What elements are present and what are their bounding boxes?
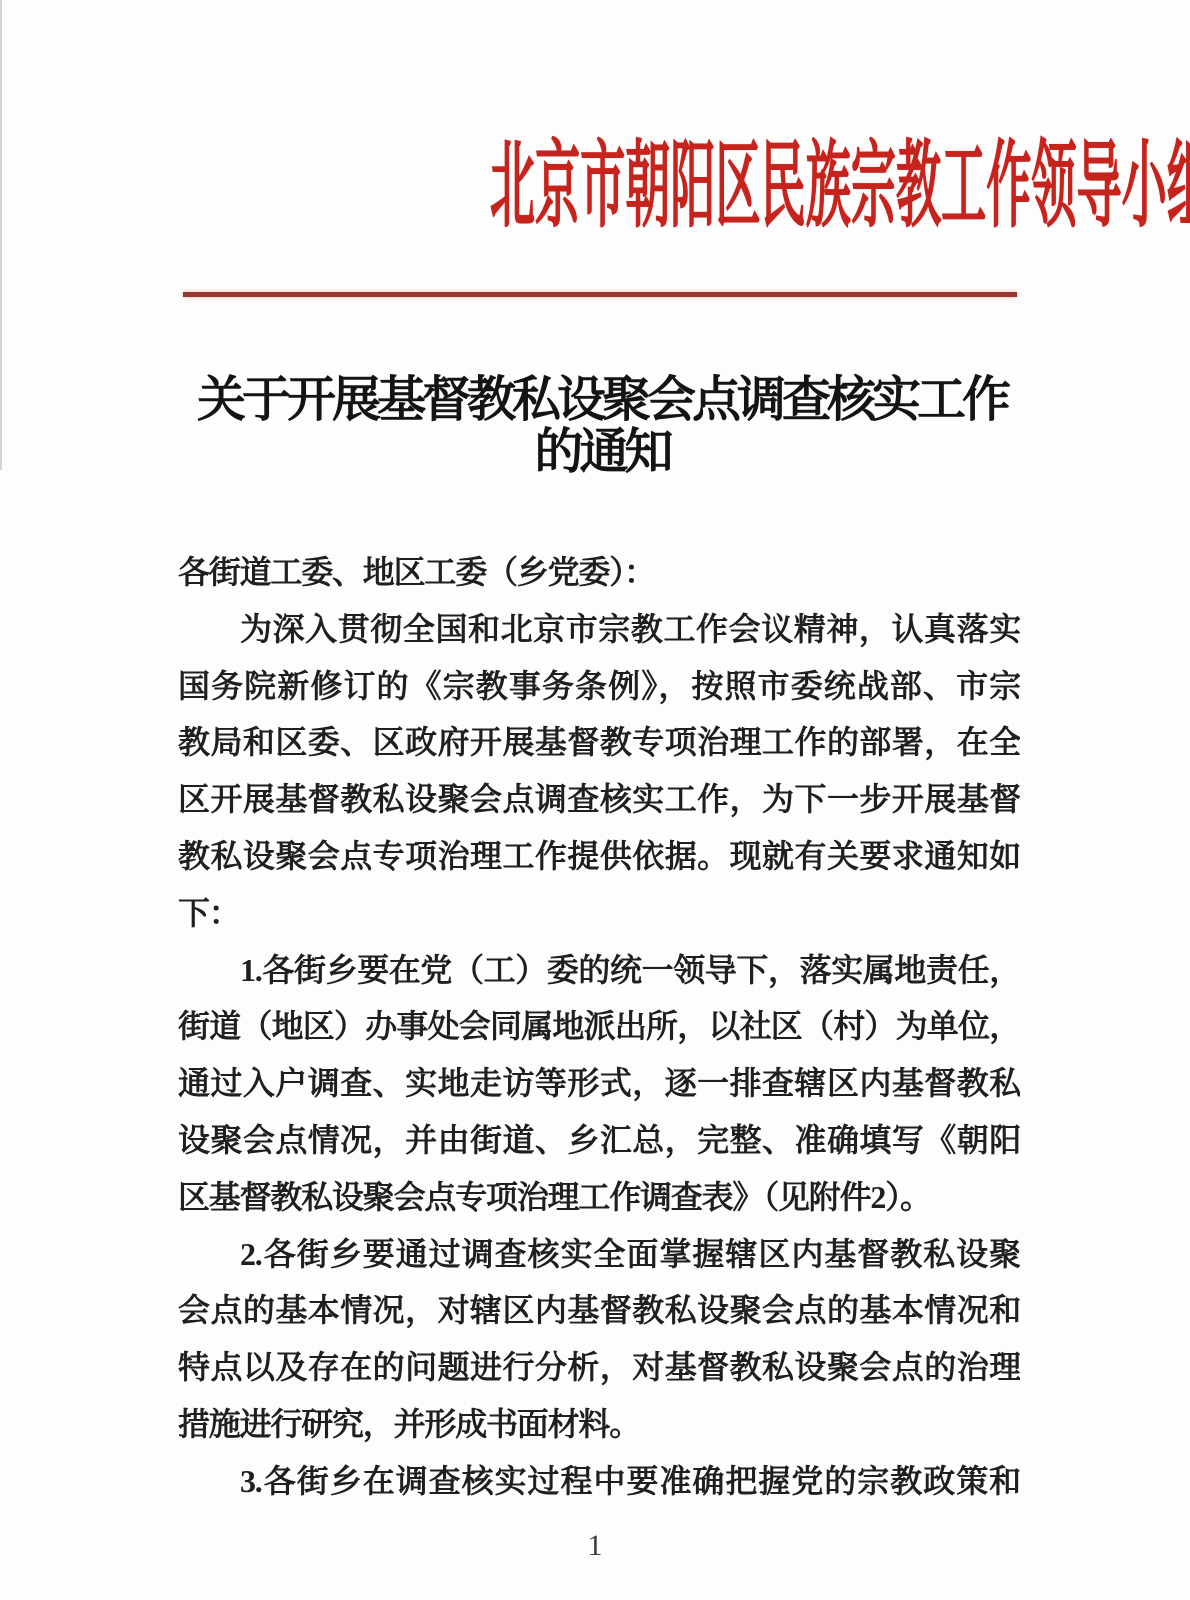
body-lines: 为深入贯彻全国和北京市宗教工作会议精神，认真落实国务院新修订的《宗教事务条例》，…	[178, 601, 1020, 1510]
document-title: 关于开展基督教私设聚会点调查核实工作 的通知	[0, 374, 1190, 478]
body-text: 各街道工委、地区工委（乡党委）： 为深入贯彻全国和北京市宗教工作会议精神，认真落…	[178, 544, 1020, 1510]
scanned-document-page: 北京市朝阳区民族宗教工作领导小组办公室 关于开展基督教私设聚会点调查核实工作 的…	[0, 0, 1190, 1600]
body-text-line: 会点的基本情况，对辖区内基督教私设聚会点的基本情况和	[178, 1282, 1020, 1339]
body-text-line: 国务院新修订的《宗教事务条例》，按照市委统战部、市宗	[178, 658, 1020, 715]
body-text-line: 2.各街乡要通过调查核实全面掌握辖区内基督教私设聚	[178, 1226, 1020, 1283]
body-text-line: 3.各街乡在调查核实过程中要准确把握党的宗教政策和	[178, 1453, 1020, 1510]
body-text-line: 街道（地区）办事处会同属地派出所，以社区（村）为单位，	[178, 998, 1020, 1055]
body-text-line: 教局和区委、区政府开展基督教专项治理工作的部署，在全	[178, 714, 1020, 771]
red-divider-line	[183, 292, 1017, 297]
document-title-line1: 关于开展基督教私设聚会点调查核实工作	[14, 374, 1190, 426]
salutation: 各街道工委、地区工委（乡党委）：	[178, 544, 1020, 601]
letterhead: 北京市朝阳区民族宗教工作领导小组办公室	[0, 130, 1190, 270]
body-text-line: 教私设聚会点专项治理工作提供依据。现就有关要求通知如	[178, 828, 1020, 885]
body-text-line: 区基督教私设聚会点专项治理工作调查表》（见附件2）。	[178, 1169, 1020, 1226]
body-text-line: 区开展基督教私设聚会点调查核实工作，为下一步开展基督	[178, 771, 1020, 828]
body-text-line: 设聚会点情况，并由街道、乡汇总，完整、准确填写《朝阳	[178, 1112, 1020, 1169]
body-text-line: 特点以及存在的问题进行分析，对基督教私设聚会点的治理	[178, 1339, 1020, 1396]
body-text-line: 措施进行研究，并形成书面材料。	[178, 1396, 1020, 1453]
body-text-line: 下：	[178, 885, 1020, 942]
document-title-line2: 的通知	[14, 426, 1190, 478]
letterhead-org-name: 北京市朝阳区民族宗教工作领导小组办公室	[490, 130, 1190, 242]
body-text-line: 1.各街乡要在党（工）委的统一领导下，落实属地责任，	[178, 942, 1020, 999]
body-text-line: 通过入户调查、实地走访等形式，逐一排查辖区内基督教私	[178, 1055, 1020, 1112]
body-text-line: 为深入贯彻全国和北京市宗教工作会议精神，认真落实	[178, 601, 1020, 658]
page-number: 1	[0, 1526, 1190, 1566]
